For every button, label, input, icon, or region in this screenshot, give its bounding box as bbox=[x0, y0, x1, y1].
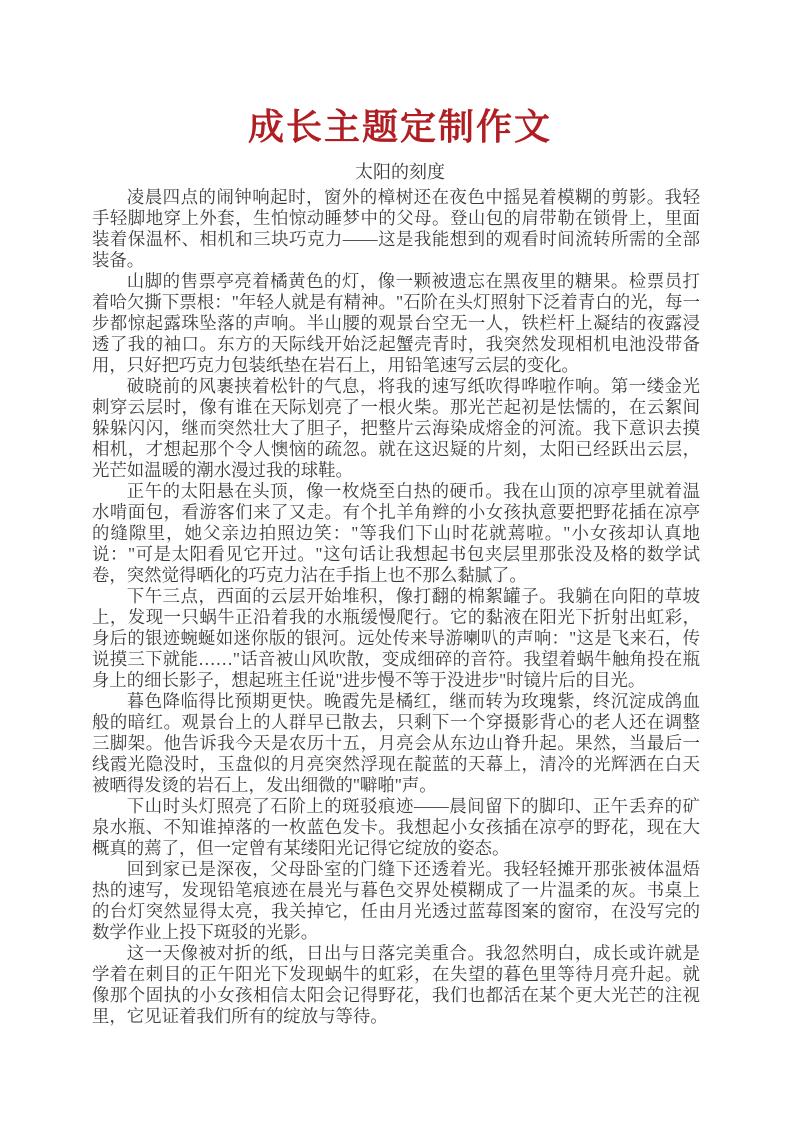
essay-paragraph: 下山时头灯照亮了石阶上的斑驳痕迹——晨间留下的脚印、正午丢弃的矿泉水瓶、不知谁掉… bbox=[92, 796, 700, 859]
essay-subtitle: 太阳的刻度 bbox=[0, 161, 800, 183]
essay-paragraph: 回到家已是深夜，父母卧室的门缝下还透着光。我轻轻摊开那张被体温焐热的速写，发现铅… bbox=[92, 859, 700, 943]
essay-paragraph: 凌晨四点的闹钟响起时，窗外的樟树还在夜色中摇晃着模糊的剪影。我轻手轻脚地穿上外套… bbox=[92, 187, 700, 271]
essay-body: 凌晨四点的闹钟响起时，窗外的樟树还在夜色中摇晃着模糊的剪影。我轻手轻脚地穿上外套… bbox=[92, 187, 700, 1027]
document-page: 成长主题定制作文 太阳的刻度 凌晨四点的闹钟响起时，窗外的樟树还在夜色中摇晃着模… bbox=[0, 0, 800, 1132]
essay-paragraph: 下午三点，西面的云层开始堆积，像打翻的棉絮罐子。我躺在向阳的草坡上，发现一只蜗牛… bbox=[92, 586, 700, 691]
essay-paragraph: 破晓前的风裹挟着松针的气息，将我的速写纸吹得哗啦作响。第一缕金光刺穿云层时，像有… bbox=[92, 376, 700, 481]
essay-paragraph: 正午的太阳悬在头顶，像一枚烧至白热的硬币。我在山顶的凉亭里就着温水啃面包，看游客… bbox=[92, 481, 700, 586]
essay-paragraph: 暮色降临得比预期更快。晚霞先是橘红，继而转为玫瑰紫，终沉淀成鸽血般的暗红。观景台… bbox=[92, 691, 700, 796]
essay-title: 成长主题定制作文 bbox=[0, 0, 800, 148]
essay-paragraph: 这一天像被对折的纸，日出与日落完美重合。我忽然明白，成长或许就是学着在刺目的正午… bbox=[92, 943, 700, 1027]
essay-paragraph: 山脚的售票亭亮着橘黄色的灯，像一颗被遗忘在黑夜里的糖果。检票员打着哈欠撕下票根：… bbox=[92, 271, 700, 376]
